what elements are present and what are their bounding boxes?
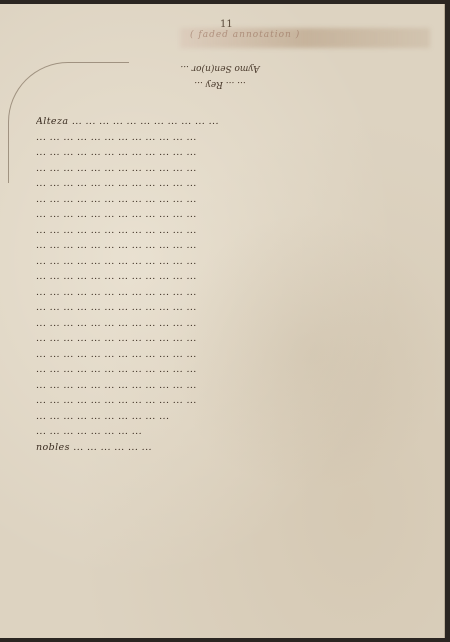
text-line: ... ... ... ... ... ... ... ... ... ... … [36,178,420,194]
text-line: Alteza ... ... ... ... ... ... ... ... .… [36,116,420,132]
text-line: ... ... ... ... ... ... ... ... ... ... … [36,364,420,380]
text-line: nobles ... ... ... ... ... ... [36,442,420,458]
address-line: ... ... Rey ... [150,76,290,92]
address-block: Aymo Sen(n)or ... ... ... Rey ... [150,60,290,92]
text-line: ... ... ... ... ... ... ... ... ... ... … [36,240,420,256]
text-line: ... ... ... ... ... ... ... ... ... ... … [36,349,420,365]
letter-body: Alteza ... ... ... ... ... ... ... ... .… [36,116,420,457]
text-line: ... ... ... ... ... ... ... ... ... ... [36,411,420,427]
text-line: ... ... ... ... ... ... ... ... ... ... … [36,132,420,148]
text-line: ... ... ... ... ... ... ... ... ... ... … [36,147,420,163]
text-line: ... ... ... ... ... ... ... ... [36,426,420,442]
text-line: ... ... ... ... ... ... ... ... ... ... … [36,256,420,272]
text-line: ... ... ... ... ... ... ... ... ... ... … [36,209,420,225]
text-line: ... ... ... ... ... ... ... ... ... ... … [36,271,420,287]
text-line: ... ... ... ... ... ... ... ... ... ... … [36,194,420,210]
manuscript-page: 11 ( faded annotation ) Aymo Sen(n)or ..… [0,4,445,638]
text-line: ... ... ... ... ... ... ... ... ... ... … [36,395,420,411]
text-line: ... ... ... ... ... ... ... ... ... ... … [36,287,420,303]
text-line: ... ... ... ... ... ... ... ... ... ... … [36,318,420,334]
text-line: ... ... ... ... ... ... ... ... ... ... … [36,163,420,179]
address-line: Aymo Sen(n)or ... [150,60,290,76]
text-line: ... ... ... ... ... ... ... ... ... ... … [36,380,420,396]
text-line: ... ... ... ... ... ... ... ... ... ... … [36,333,420,349]
text-line: ... ... ... ... ... ... ... ... ... ... … [36,225,420,241]
faded-header: ( faded annotation ) [190,30,300,40]
text-line: ... ... ... ... ... ... ... ... ... ... … [36,302,420,318]
